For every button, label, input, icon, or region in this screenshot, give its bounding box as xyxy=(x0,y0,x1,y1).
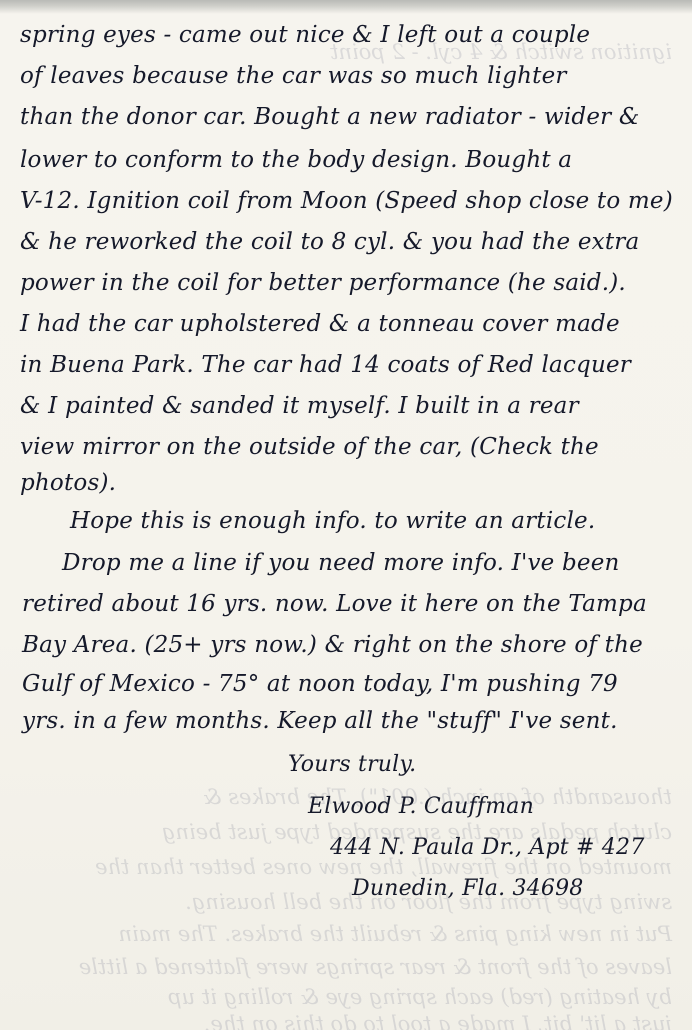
letter-line: Drop me a line if you need more info. I'… xyxy=(62,550,620,576)
letter-page: ignition switch & 4 cyl. - 2 point thous… xyxy=(0,0,692,1030)
letter-line: & he reworked the coil to 8 cyl. & you h… xyxy=(20,229,639,255)
letter-line: of leaves because the car was so much li… xyxy=(20,63,567,89)
letter-line: V-12. Ignition coil from Moon (Speed sho… xyxy=(20,188,673,214)
letter-line: power in the coil for better performance… xyxy=(20,270,626,296)
letter-line: spring eyes - came out nice & I left out… xyxy=(20,22,590,48)
bleed-line: by heating (red) each spring eye & rolli… xyxy=(20,985,672,1009)
signature-name: Elwood P. Cauffman xyxy=(308,794,534,819)
bleed-line: Put in new king pins & rebuilt the brake… xyxy=(20,922,672,946)
bleed-line: just a lit' bit, I made a tool to do thi… xyxy=(20,1012,672,1030)
letter-line: than the donor car. Bought a new radiato… xyxy=(20,104,640,130)
letter-line: Bay Area. (25+ yrs now.) & right on the … xyxy=(22,632,643,658)
address-line-2: Dunedin, Fla. 34698 xyxy=(352,876,583,901)
bleed-line: leaves of the front & rear springs were … xyxy=(20,955,672,979)
letter-line: view mirror on the outside of the car, (… xyxy=(20,434,599,460)
letter-line: & I painted & sanded it myself. I built … xyxy=(20,393,579,419)
letter-line: in Buena Park. The car had 14 coats of R… xyxy=(20,352,631,378)
letter-line: yrs. in a few months. Keep all the "stuf… xyxy=(22,708,618,734)
letter-line: retired about 16 yrs. now. Love it here … xyxy=(22,591,647,617)
letter-line: photos). xyxy=(20,470,116,496)
address-line-1: 444 N. Paula Dr., Apt # 427 xyxy=(330,835,644,860)
letter-line: lower to conform to the body design. Bou… xyxy=(20,147,572,173)
letter-line: I had the car upholstered & a tonneau co… xyxy=(20,311,620,337)
letter-line: Hope this is enough info. to write an ar… xyxy=(70,508,595,534)
closing: Yours truly. xyxy=(288,752,416,777)
letter-line: Gulf of Mexico - 75° at noon today, I'm … xyxy=(22,671,618,697)
